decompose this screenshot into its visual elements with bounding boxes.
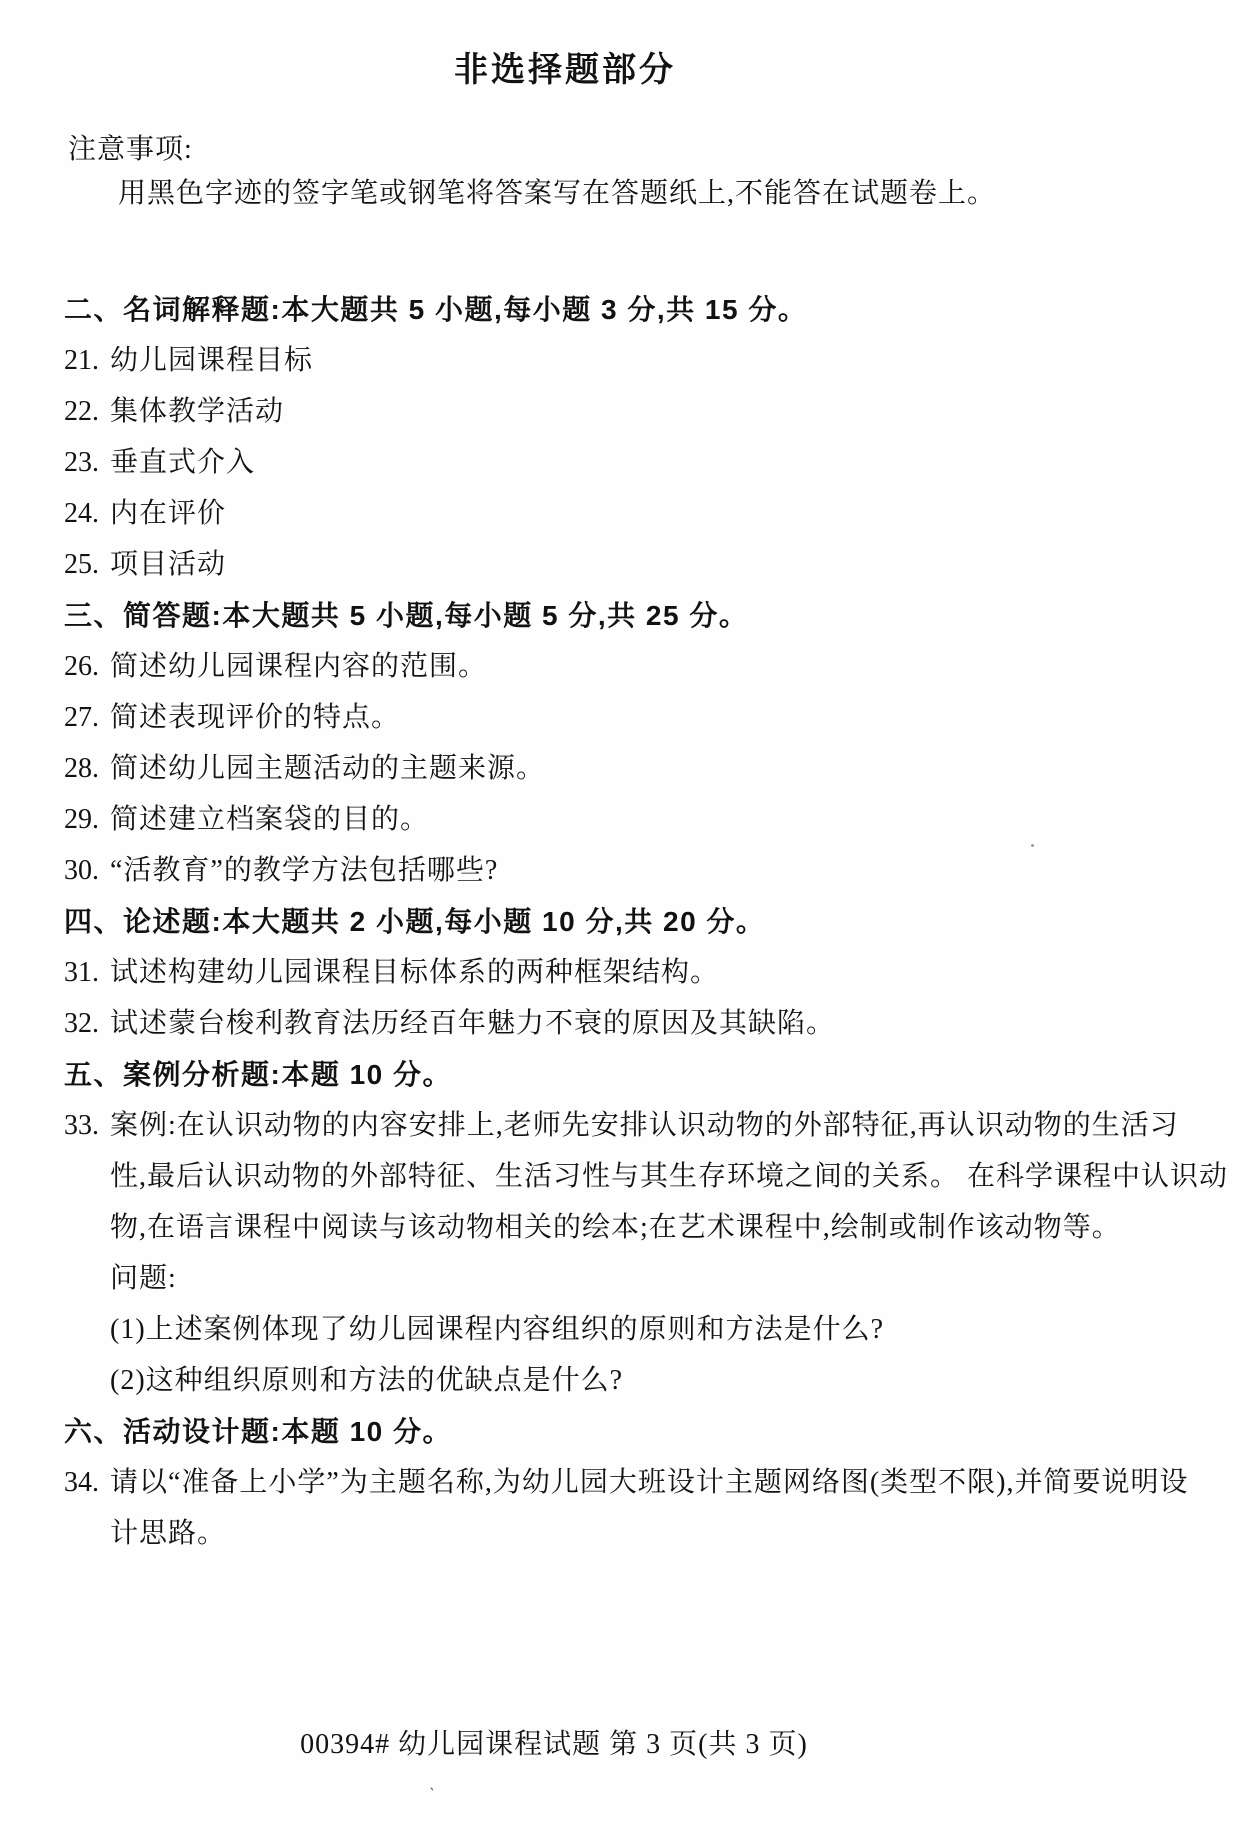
stray-scan-mark: ` — [426, 1786, 436, 1805]
case-sub-question-2: (2)这种组织原则和方法的优缺点是什么? — [64, 1355, 1198, 1406]
section6-header: 六、活动设计题:本题 10 分。 — [64, 1406, 1198, 1457]
question-number: 21. — [64, 335, 110, 386]
question-text: “活教育”的教学方法包括哪些? — [110, 855, 498, 886]
section3-header: 三、简答题:本大题共 5 小题,每小题 5 分,共 25 分。 — [64, 590, 1198, 641]
question-item-24: 24.内在评价 — [64, 488, 1198, 539]
case-text-line: 性,最后认识动物的外部特征、生活习性与其生存环境之间的关系。 在科学课程中认识动 — [64, 1151, 1198, 1202]
section4-header: 四、论述题:本大题共 2 小题,每小题 10 分,共 20 分。 — [64, 896, 1198, 947]
question-item-34: 34.请以“准备上小学”为主题名称,为幼儿园大班设计主题网络图(类型不限),并简… — [64, 1457, 1198, 1508]
notice-text: 用黑色字迹的签字笔或钢笔将答案写在答题纸上,不能答在试题卷上。 — [64, 172, 1198, 216]
case-sub-question-1: (1)上述案例体现了幼儿园课程内容组织的原则和方法是什么? — [64, 1304, 1198, 1355]
section2-header: 二、名词解释题:本大题共 5 小题,每小题 3 分,共 15 分。 — [64, 284, 1198, 335]
question-number: 29. — [64, 794, 110, 845]
question-item-29: 29.简述建立档案袋的目的。 — [64, 794, 1198, 845]
question-number: 30. — [64, 845, 110, 896]
page-footer: 00394# 幼儿园课程试题 第 3 页(共 3 页) — [0, 1722, 1248, 1762]
notice-label: 注意事项: — [64, 128, 1198, 172]
question-text: 简述幼儿园课程内容的范围。 — [110, 651, 487, 682]
question-text: 幼儿园课程目标 — [110, 345, 313, 376]
question-text: 试述蒙台梭利教育法历经百年魅力不衰的原因及其缺陷。 — [110, 1008, 835, 1039]
scan-speck — [1031, 844, 1034, 847]
question-text: 垂直式介入 — [110, 447, 255, 478]
section5-header: 五、案例分析题:本题 10 分。 — [64, 1049, 1198, 1100]
question-number: 28. — [64, 743, 110, 794]
question-text-line: 请以“准备上小学”为主题名称,为幼儿园大班设计主题网络图(类型不限),并简要说明… — [110, 1467, 1189, 1498]
question-number: 24. — [64, 488, 110, 539]
question-number: 34. — [64, 1457, 110, 1508]
question-item-26: 26.简述幼儿园课程内容的范围。 — [64, 641, 1198, 692]
question-text: 内在评价 — [110, 498, 226, 529]
question-text: 简述建立档案袋的目的。 — [110, 804, 429, 835]
question-text-line: 计思路。 — [64, 1508, 1198, 1559]
question-number: 26. — [64, 641, 110, 692]
question-text: 简述表现评价的特点。 — [110, 702, 400, 733]
question-item-31: 31.试述构建幼儿园课程目标体系的两种框架结构。 — [64, 947, 1198, 998]
question-text: 集体教学活动 — [110, 396, 284, 427]
question-item-25: 25.项目活动 — [64, 539, 1198, 590]
case-text-line: 物,在语言课程中阅读与该动物相关的绘本;在艺术课程中,绘制或制作该动物等。 — [64, 1202, 1198, 1253]
question-text: 简述幼儿园主题活动的主题来源。 — [110, 753, 545, 784]
question-item-30: 30.“活教育”的教学方法包括哪些? — [64, 845, 1198, 896]
question-number: 32. — [64, 998, 110, 1049]
question-number: 25. — [64, 539, 110, 590]
question-item-32: 32.试述蒙台梭利教育法历经百年魅力不衰的原因及其缺陷。 — [64, 998, 1198, 1049]
question-item-22: 22.集体教学活动 — [64, 386, 1198, 437]
case-question-label: 问题: — [64, 1253, 1198, 1304]
question-text: 试述构建幼儿园课程目标体系的两种框架结构。 — [110, 957, 719, 988]
question-item-33: 33.案例:在认识动物的内容安排上,老师先安排认识动物的外部特征,再认识动物的生… — [64, 1100, 1198, 1151]
exam-page: 非选择题部分 注意事项: 用黑色字迹的签字笔或钢笔将答案写在答题纸上,不能答在试… — [0, 0, 1248, 1824]
question-number: 23. — [64, 437, 110, 488]
question-item-21: 21.幼儿园课程目标 — [64, 335, 1198, 386]
question-number: 22. — [64, 386, 110, 437]
question-number: 31. — [64, 947, 110, 998]
question-item-27: 27.简述表现评价的特点。 — [64, 692, 1198, 743]
question-number: 27. — [64, 692, 110, 743]
case-text-line: 案例:在认识动物的内容安排上,老师先安排认识动物的外部特征,再认识动物的生活习 — [110, 1110, 1179, 1141]
question-item-23: 23.垂直式介入 — [64, 437, 1198, 488]
page-title: 非选择题部分 — [0, 0, 1132, 104]
question-number: 33. — [64, 1100, 110, 1151]
question-text: 项目活动 — [110, 549, 226, 580]
question-item-28: 28.简述幼儿园主题活动的主题来源。 — [64, 743, 1198, 794]
